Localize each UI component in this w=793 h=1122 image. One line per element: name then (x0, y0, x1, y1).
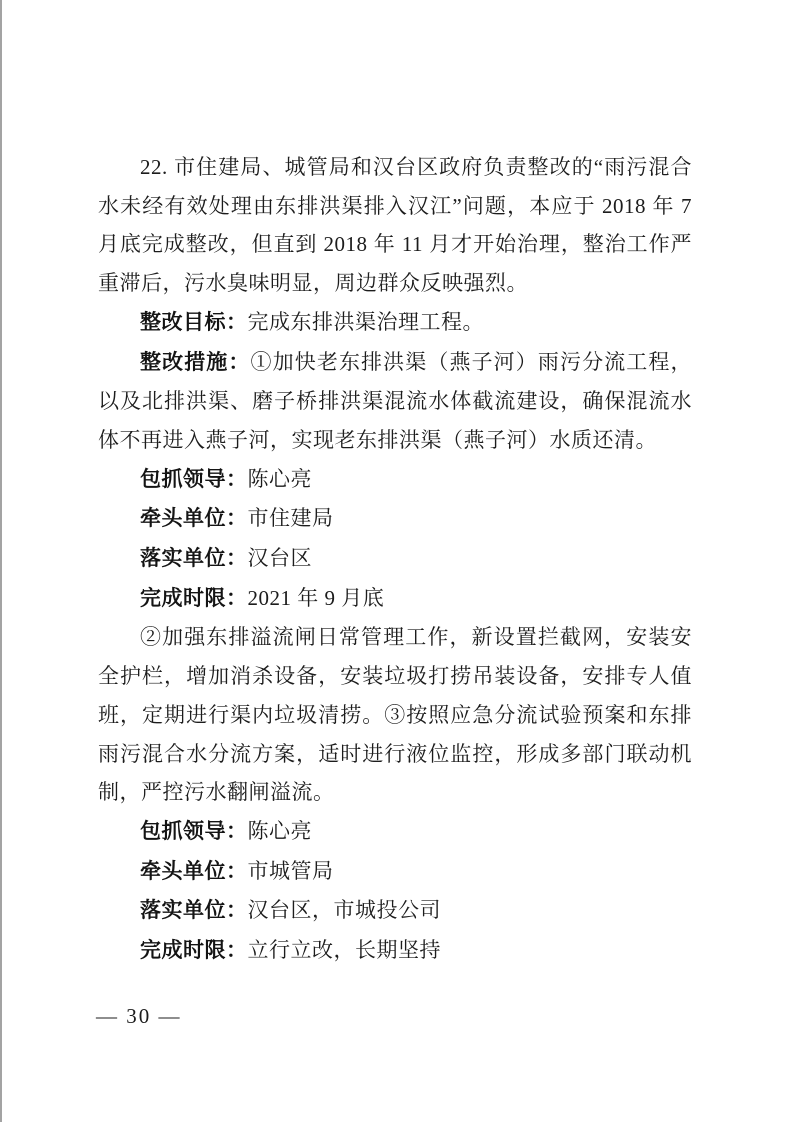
responsible-leader-label-1: 包抓领导： (140, 468, 248, 491)
deadline-field-1: 完成时限：2021 年 9 月底 (98, 579, 692, 619)
rectification-measures-text-2: ②加强东排溢流闸日常管理工作，新设置拦截网，安装安全护栏，增加消杀设备，安装垃圾… (98, 625, 692, 804)
lead-unit-field-1: 牵头单位：市住建局 (98, 499, 692, 539)
lead-unit-value-2: 市城管局 (248, 859, 334, 883)
responsible-leader-field-1: 包抓领导：陈心亮 (98, 460, 692, 500)
responsible-leader-value-2: 陈心亮 (248, 819, 313, 843)
implementing-unit-value-2: 汉台区，市城投公司 (248, 898, 442, 922)
implementing-unit-field-1: 落实单位：汉台区 (98, 539, 692, 579)
lead-unit-field-2: 牵头单位：市城管局 (98, 852, 692, 892)
deadline-value-2: 立行立改，长期坚持 (248, 938, 442, 962)
responsible-leader-label-2: 包抓领导： (140, 820, 248, 843)
lead-unit-value-1: 市住建局 (248, 506, 334, 530)
deadline-value-1: 2021 年 9 月底 (248, 586, 385, 610)
problem-description-paragraph: 22. 市住建局、城管局和汉台区政府负责整改的“雨污混合水未经有效处理由东排洪渠… (98, 148, 692, 303)
rectification-target-text: 完成东排洪渠治理工程。 (248, 310, 485, 334)
implementing-unit-label-2: 落实单位： (140, 899, 248, 922)
implementing-unit-label-1: 落实单位： (140, 547, 248, 570)
implementing-unit-value-1: 汉台区 (248, 546, 313, 570)
responsible-leader-value-1: 陈心亮 (248, 467, 313, 491)
deadline-label-1: 完成时限： (140, 587, 248, 610)
deadline-field-2: 完成时限：立行立改，长期坚持 (98, 931, 692, 971)
document-page: 22. 市住建局、城管局和汉台区政府负责整改的“雨污混合水未经有效处理由东排洪渠… (0, 0, 793, 1122)
lead-unit-label-1: 牵头单位： (140, 507, 248, 530)
problem-description-text: 22. 市住建局、城管局和汉台区政府负责整改的“雨污混合水未经有效处理由东排洪渠… (98, 155, 692, 295)
implementing-unit-field-2: 落实单位：汉台区，市城投公司 (98, 891, 692, 931)
rectification-target-label: 整改目标： (140, 311, 248, 334)
lead-unit-label-2: 牵头单位： (140, 860, 248, 883)
deadline-label-2: 完成时限： (140, 939, 248, 962)
page-number: — 30 — (96, 1000, 182, 1032)
rectification-measures-paragraph-2: ②加强东排溢流闸日常管理工作，新设置拦截网，安装安全护栏，增加消杀设备，安装垃圾… (98, 618, 692, 812)
rectification-measures-paragraph-1: 整改措施：①加快老东排洪渠（燕子河）雨污分流工程，以及北排洪渠、磨子桥排洪渠混流… (98, 343, 692, 460)
responsible-leader-field-2: 包抓领导：陈心亮 (98, 812, 692, 852)
document-body: 22. 市住建局、城管局和汉台区政府负责整改的“雨污混合水未经有效处理由东排洪渠… (98, 148, 692, 971)
rectification-target-paragraph: 整改目标：完成东排洪渠治理工程。 (98, 303, 692, 343)
rectification-measures-label: 整改措施： (140, 351, 251, 374)
